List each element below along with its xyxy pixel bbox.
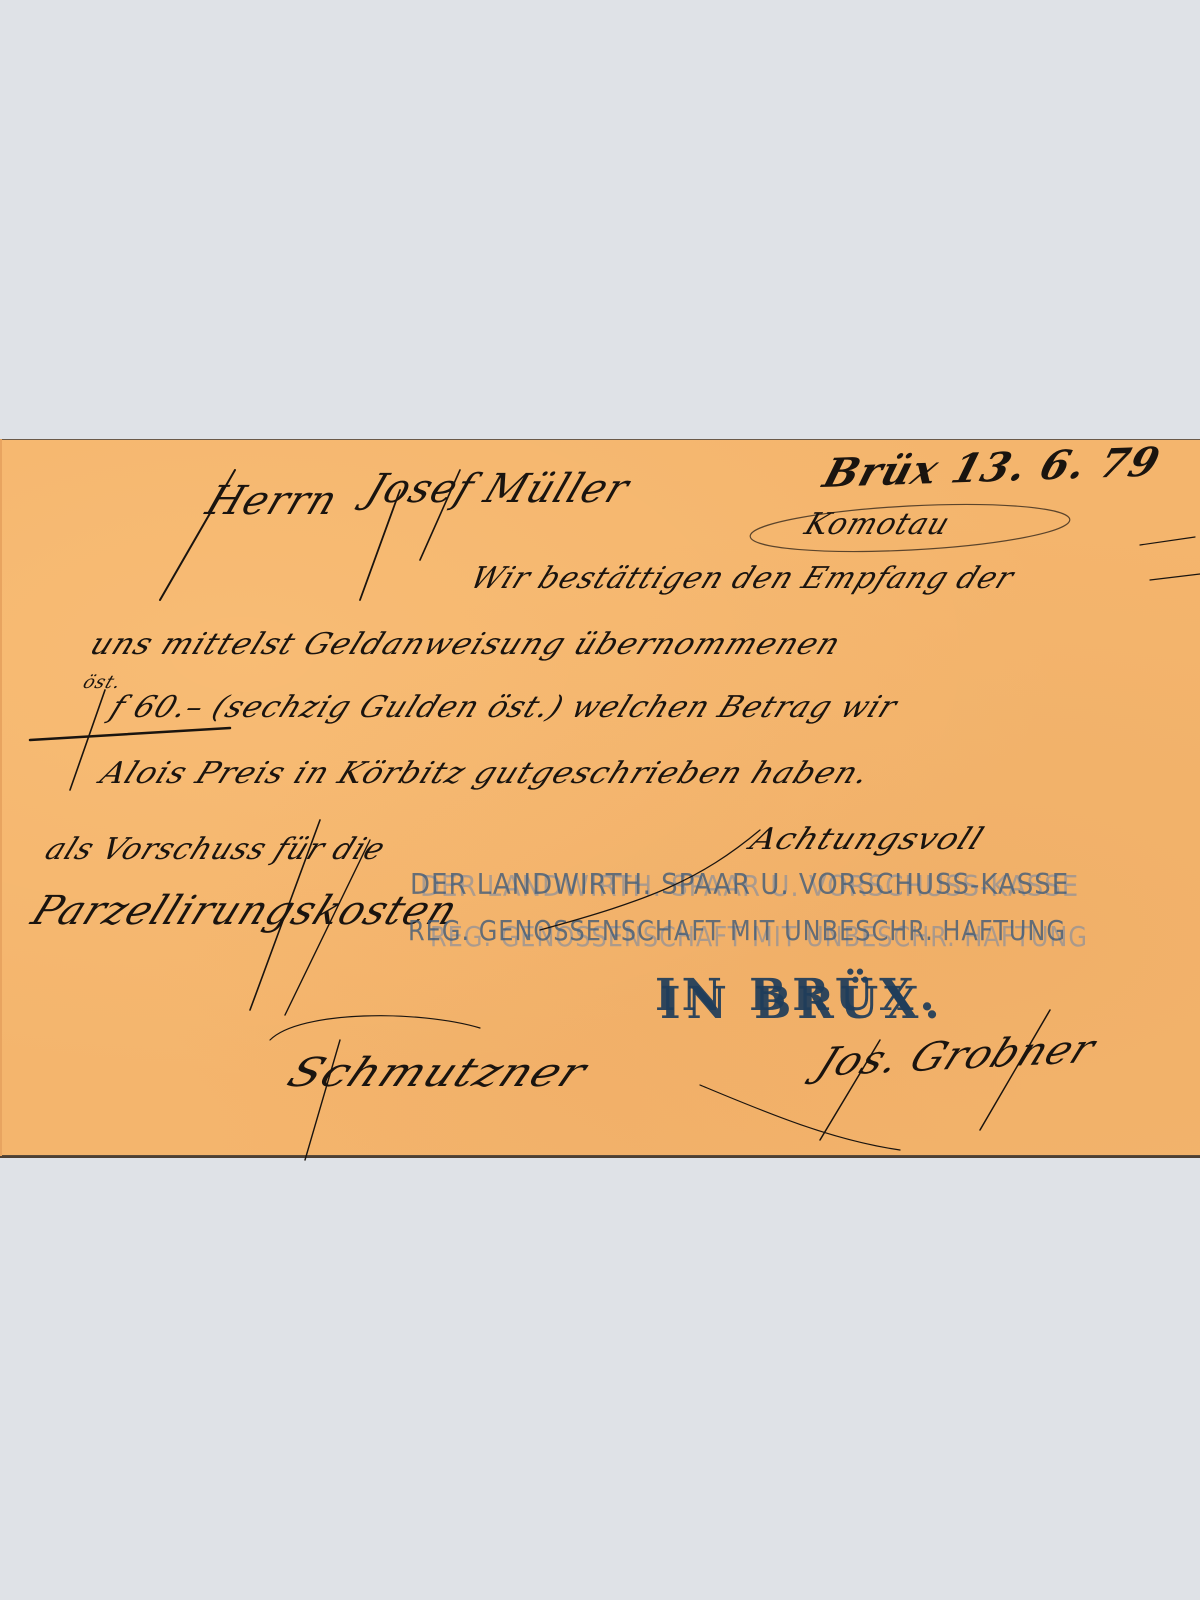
recipient-name: Josef Müller — [360, 466, 636, 512]
side-note-line: Parzellirungskosten — [25, 888, 465, 934]
body-line: uns mittelst Geldanweisung übernommenen — [85, 627, 846, 662]
closing: Achtungsvoll — [745, 822, 989, 857]
salutation: Herrn — [200, 478, 344, 524]
body-line: f 60.– (sechzig Gulden öst.) welchen Bet… — [105, 690, 903, 725]
stamp-line-2: REG. GENOSSENSCHAFT MIT UNBESCHR. HAFTUN… — [408, 915, 1066, 947]
side-note-line: als Vorschuss für die — [40, 832, 391, 867]
destination: Komotau — [800, 507, 955, 542]
card-edge — [0, 1156, 1200, 1158]
body-line: Alois Preis in Körbitz gutgeschrieben ha… — [95, 756, 875, 791]
body-line: Wir bestättigen den Empfang der — [465, 561, 1019, 596]
stamp-line-1: DER LANDWIRTH. SPAAR U. VORSCHUSS-KASSE — [410, 869, 1069, 902]
signature-left: Schmutzner — [280, 1050, 595, 1096]
stamp-city: IN BRÜX. — [655, 970, 941, 1021]
